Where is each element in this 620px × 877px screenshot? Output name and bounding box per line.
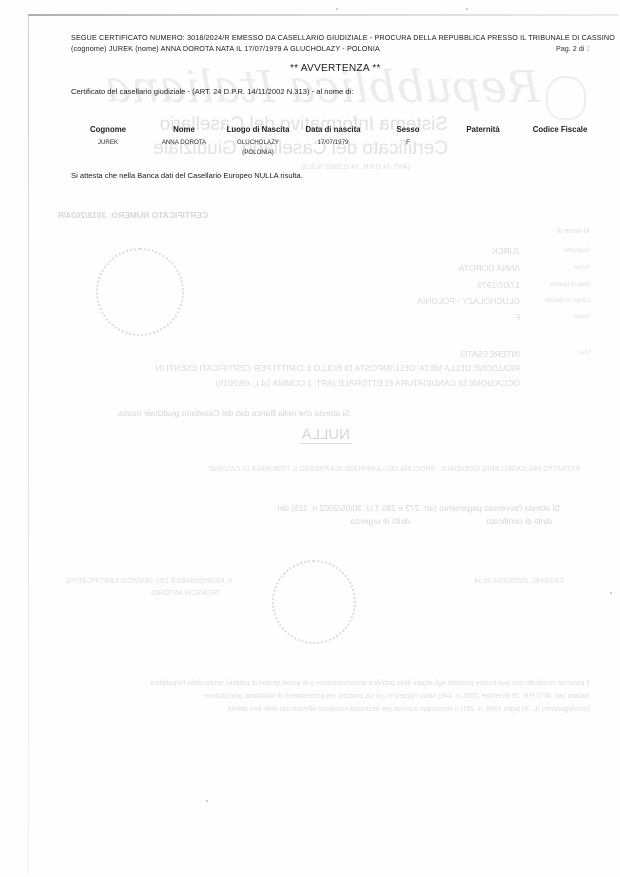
- bleed-round-stamp-icon: [96, 248, 184, 336]
- scan-speck: [206, 800, 208, 802]
- bleed-issuer-line: ESTRATTO DAL CASELLARIO GIUDIZIALE - PRO…: [209, 466, 580, 473]
- column-header-sesso: Sesso: [397, 125, 420, 134]
- bleed-certificate-subtitle: (ART. 24 D.P.R. 14/11/2002 N.313): [302, 164, 410, 171]
- continuation-header-line2: (cognome) JUREK (nome) ANNA DOROTA NATA …: [71, 44, 380, 53]
- scan-speck: [336, 8, 338, 10]
- bleed-field-value: JUREK: [492, 246, 520, 256]
- bleed-place-date: CASSINO, 29/05/2024 09:14: [474, 578, 564, 585]
- cell-sesso: F: [406, 138, 410, 148]
- notice-title: ** AVVERTENZA **: [290, 63, 381, 74]
- bleed-footer-line: (omologazione) (L. 30 luglio 1998, n. 28…: [228, 706, 590, 713]
- column-header-cognome: Cognome: [90, 125, 126, 134]
- bleed-purpose-line: RIDUZIONE DELLA META' DELL'IMPOSTA DI BO…: [156, 363, 520, 373]
- bleed-purpose-line: OCCASIONE DI CANDIDATURA ELETTORALE (ART…: [216, 378, 520, 388]
- column-header-codice-fiscale: Codice Fiscale: [533, 125, 588, 134]
- bleed-purpose-label: Uso: [579, 350, 590, 356]
- page-label: Pag. 2 di: [556, 44, 584, 53]
- bleed-field-value: GLUCHOLAZY - POLONIA: [417, 296, 520, 306]
- scan-speck: [466, 8, 468, 10]
- cell-nome: ANNA DOROTA: [162, 138, 207, 148]
- cell-cognome: JUREK: [98, 138, 118, 148]
- document-page: Repubblica Italiana Sistema Informativo …: [0, 0, 620, 877]
- bleed-certificate-number: CERTIFICATO NUMERO: 3018/2024/R: [58, 210, 208, 220]
- bleed-field-label: Sesso: [573, 314, 590, 320]
- scan-left-edge: [28, 14, 29, 874]
- bleed-field-label: Data di nascita: [550, 282, 590, 288]
- bleed-nulla: NULLA: [300, 426, 352, 444]
- bleed-payment-rights: diritti di certificato: [486, 516, 552, 526]
- bleed-payment-line: Si attesta l'avvenuto pagamento (art. 27…: [278, 503, 560, 513]
- column-header-nome: Nome: [173, 125, 195, 134]
- cell-data-di-nascita: 17/07/1979: [318, 138, 349, 148]
- bleed-field-label: Luogo di Nascita: [545, 298, 590, 304]
- bleed-office-seal-icon: [272, 560, 356, 644]
- bleed-footer-line: Il presente certificato non può essere p…: [150, 680, 590, 687]
- scan-top-edge: [28, 14, 618, 16]
- bleed-field-label: Cognome: [564, 248, 590, 254]
- page-indicator: Pag. 2 di 2: [556, 44, 590, 53]
- cell-luogo-di-nascita-country: (POLONIA): [242, 148, 274, 158]
- bleed-field-value: F: [515, 312, 520, 322]
- bleed-al-nome-di: Al nome di: [557, 228, 590, 235]
- bleed-field-value: ANNA DOROTA: [459, 263, 520, 273]
- bleed-signatory-name: TEDESCHI ANTONIO: [151, 590, 220, 597]
- bleed-signatory-title: IL RESPONSABILE DEL SERVIZIO CERTIFICATI…: [66, 578, 232, 585]
- column-header-data-di-nascita: Data di nascita: [305, 125, 360, 134]
- bleed-field-value: 17/07/1979: [477, 280, 520, 290]
- page-total: 2: [586, 44, 590, 53]
- bleed-payment-urgency: diritti di urgenza: [350, 516, 410, 526]
- scan-speck: [610, 592, 612, 594]
- certificate-intro: Certificato del casellario giudiziale - …: [71, 87, 353, 96]
- republic-emblem-icon: [546, 76, 586, 120]
- bleed-field-label: Nome: [574, 265, 590, 271]
- bleed-attestation: Si attesta che nella Banca dati del Case…: [117, 408, 350, 418]
- column-header-luogo-di-nascita: Luogo di Nascita: [227, 125, 290, 134]
- bleed-footer-line: Italiana (art. 40 D.P.R. 28 dicembre 200…: [204, 693, 590, 700]
- continuation-header-line1: SEGUE CERTIFICATO NUMERO: 3018/2024/R EM…: [71, 33, 615, 42]
- cell-luogo-di-nascita: GLUCHOLAZY: [237, 138, 279, 148]
- european-records-statement: Si attesta che nella Banca dati del Case…: [71, 171, 303, 180]
- column-header-paternita: Paternità: [466, 125, 499, 134]
- bleed-purpose-line: INTERESSATO: [461, 349, 520, 359]
